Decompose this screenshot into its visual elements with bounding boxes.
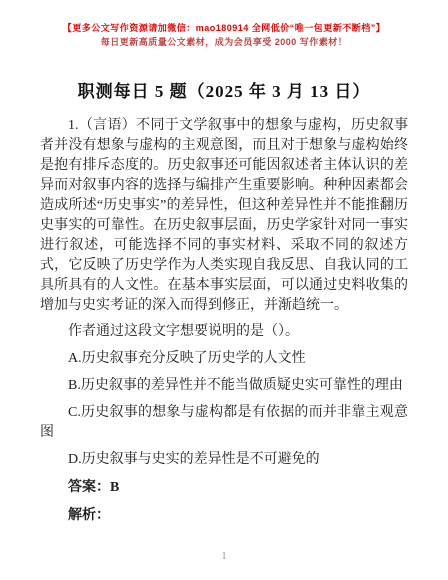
page-title: 职测每日 5 题（2025 年 3 月 13 日）: [0, 77, 448, 102]
option-a: A.历史叙事充分反映了历史学的人文性: [40, 349, 408, 369]
option-c: C.历史叙事的想象与虚构都是有依据的而并非靠主观意图: [40, 403, 408, 443]
page-number: 1: [0, 550, 448, 562]
document-page: 【更多公文写作资源请加微信：mao180914 全网低价“唯一包更新不断档”】 …: [0, 0, 448, 580]
promo-header: 【更多公文写作资源请加微信：mao180914 全网低价“唯一包更新不断档”】 …: [0, 0, 448, 49]
promo-header-line1: 【更多公文写作资源请加微信：mao180914 全网低价“唯一包更新不断档”】: [0, 21, 448, 35]
option-b: B.历史叙事的差异性并不能当做质疑史实可靠性的理由: [40, 376, 408, 396]
promo-header-line2: 每日更新高质量公文素材，成为会员享受 2000 写作素材！: [0, 35, 448, 49]
answer-label: 答案：B: [40, 478, 408, 498]
analysis-label: 解析：: [40, 506, 408, 526]
question-stem: 作者通过这段文字想要说明的是（）。: [40, 322, 408, 342]
question-passage: 1.（言语）不同于文学叙事中的想象与虚构，历史叙事者并没有想象与虚构的主观意图，…: [40, 116, 408, 316]
question-block: 1.（言语）不同于文学叙事中的想象与虚构，历史叙事者并没有想象与虚构的主观意图，…: [40, 116, 408, 526]
option-d: D.历史叙事与史实的差异性是不可避免的: [40, 450, 408, 470]
